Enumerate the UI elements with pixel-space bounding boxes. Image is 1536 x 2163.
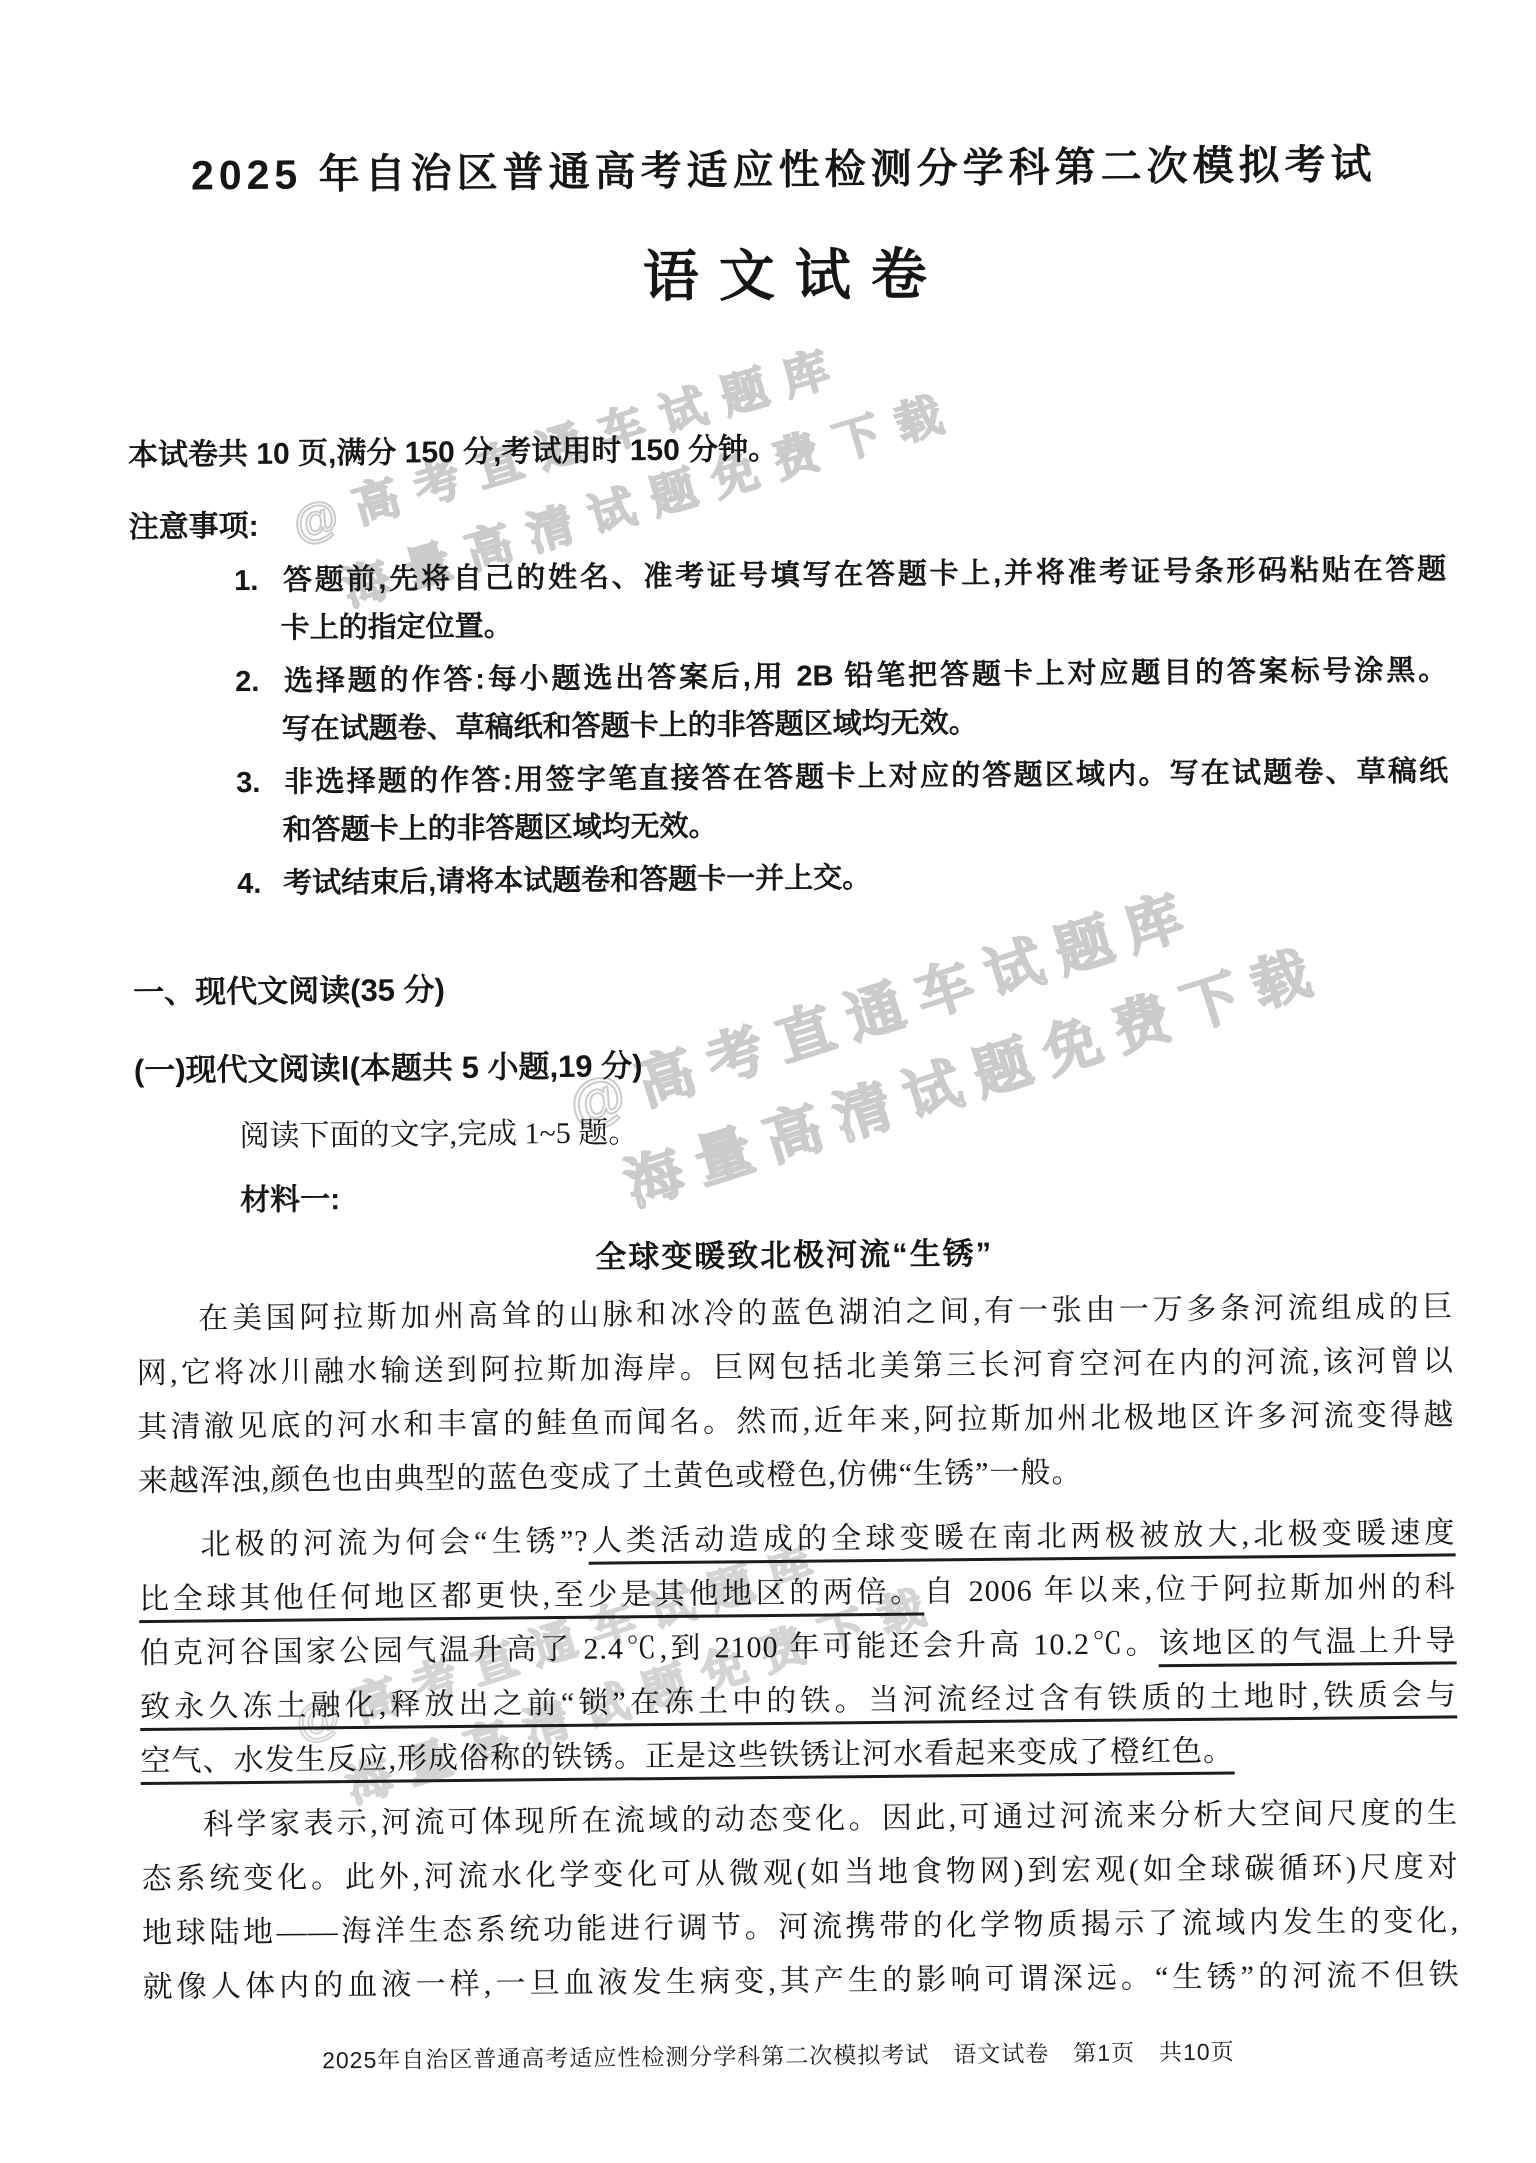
note-item: 2.选择题的作答:每小题选出答案后,用 2B 铅笔把答题卡上对应题目的答案标号涂… (130, 646, 1448, 755)
text-segment: 就像人体内的血液一样,一旦血液发生病变,其产生的影响可谓深远。“生锈”的河流不但… (143, 1958, 1460, 2004)
text-segment: 北极的河流为何会“生锈”? (200, 1525, 589, 1562)
text-segment: 态系统变化。此外,河流水化学变化可从微观(如当地食物网)到宏观(如全球碳循环)尺… (142, 1850, 1459, 1896)
text-segment: 来越浑浊,颜色也由典型的蓝色变成了土黄色或橙色,仿佛“生锈”一般。 (138, 1456, 1083, 1498)
footer-page-total: 共10页 (1159, 2039, 1235, 2066)
note-text: 卡上的指定位置。 (281, 610, 513, 644)
note-number: 3. (236, 759, 282, 807)
page-content: 2025 年自治区普通高考适应性检测分学科第二次模拟考试 语文试卷 本试卷共 1… (124, 0, 1460, 2015)
underlined-text: 比全球其他任何地区都更快,至少是其他地区的两倍。 (139, 1576, 924, 1624)
text-segment: 网,它将冰川融水输送到阿拉斯加海岸。巨网包括北美第三长河育空河在内的河流,该河曾… (137, 1344, 1454, 1390)
material-label: 材料一: (240, 1163, 1452, 1219)
text-line: 空气、水发生反应,形成俗称的铁锈。正是这些铁锈让河水看起来变成了橙红色。 (140, 1722, 1457, 1789)
section-heading: 一、现代文阅读(35 分) (133, 954, 1450, 1012)
footer-subject: 语文试卷 (953, 2040, 1049, 2067)
note-text: 和答题卡上的非答题区域均无效。 (282, 810, 717, 846)
note-line: 写在试题卷、草稿纸和答题卡上的非答题区域均无效。 (281, 694, 1447, 753)
text-segment: 地球陆地——海洋生态系统功能进行调节。河流携带的化学物质揭示了流域内发生的变化, (142, 1904, 1459, 1950)
underlined-text: 空气、水发生反应,形成俗称的铁锈。正是这些铁锈让河水看起来变成了橙红色。 (140, 1735, 1234, 1785)
notes-heading: 注意事项: (128, 489, 1445, 546)
footer-exam-name: 2025年自治区普通高考适应性检测分学科第二次模拟考试 (322, 2042, 929, 2074)
underlined-text: 人类活动造成的全球变暖在南北两极被放大,北极变暖速度 (588, 1516, 1455, 1564)
article-title: 全球变暖致北极河流“生锈” (135, 1223, 1452, 1281)
note-text: 答题前,先将自己的姓名、准考证号填写在答题卡上,并将准考证号条形码粘贴在答题 (280, 553, 1446, 596)
subject-title: 语文试卷 (126, 225, 1444, 318)
underlined-text: 该地区的气温上升导 (1159, 1624, 1457, 1667)
text-line: 来越浑浊,颜色也由典型的蓝色变成了土黄色或橙色,仿佛“生锈”一般。 (138, 1442, 1455, 1509)
note-number: 4. (237, 860, 283, 908)
note-item: 3.非选择题的作答:用签字笔直接答在答题卡上对应的答题区域内。写在试题卷、草稿纸… (131, 747, 1449, 856)
text-segment: 在美国阿拉斯加州高耸的山脉和冰冷的蓝色湖泊之间,有一张由一万多条河流组成的巨 (198, 1290, 1453, 1335)
note-line: 4.考试结束后,请将本试题卷和答题卡一并上交。 (237, 848, 1449, 908)
footer-page-number: 第1页 (1073, 2040, 1135, 2067)
note-text: 考试结束后,请将本试题卷和答题卡一并上交。 (283, 862, 871, 900)
note-number: 2. (235, 658, 281, 706)
article-body: 在美国阿拉斯加州高耸的山脉和冰冷的蓝色湖泊之间,有一张由一万多条河流组成的巨网,… (136, 1280, 1460, 2015)
note-line: 卡上的指定位置。 (280, 593, 1446, 652)
exam-title: 2025 年自治区普通高考适应性检测分学科第二次模拟考试 (125, 130, 1443, 202)
note-text: 非选择题的作答:用签字笔直接答在答题卡上对应的答题区域内。写在试题卷、草稿纸 (282, 755, 1448, 798)
paragraph: 科学家表示,河流可体现所在流域的动态变化。因此,可通过河流来分析大空间尺度的生态… (141, 1786, 1460, 2015)
paragraph: 北极的河流为何会“生锈”?人类活动造成的全球变暖在南北两极被放大,北极变暖速度比… (138, 1506, 1458, 1789)
text-segment: 科学家表示,河流可体现所在流域的动态变化。因此,可通过河流来分析大空间尺度的生 (203, 1796, 1458, 1841)
note-item: 1.答题前,先将自己的姓名、准考证号填写在答题卡上,并将准考证号条形码粘贴在答题… (129, 545, 1447, 654)
paragraph: 在美国阿拉斯加州高耸的山脉和冰冷的蓝色湖泊之间,有一张由一万多条河流组成的巨网,… (136, 1280, 1455, 1509)
note-text: 写在试题卷、草稿纸和答题卡上的非答题区域均无效。 (281, 707, 977, 746)
note-text: 选择题的作答:每小题选出答案后,用 2B 铅笔把答题卡上对应题目的答案标号涂黑。 (281, 654, 1447, 697)
exam-paper-page: @高考直通车试题库 海量高清试题免费下载 @高考直通车试题库 海量高清试题免费下… (0, 0, 1536, 2163)
section-subheading: (一)现代文阅读Ⅰ(本题共 5 小题,19 分) (134, 1032, 1451, 1090)
underlined-text: 致永久冻土融化,释放出之前“锁”在冻土中的铁。当河流经过含有铁质的土地时,铁质会… (140, 1678, 1457, 1731)
page-footer: 2025年自治区普通高考适应性检测分学科第二次模拟考试语文试卷第1页共10页 (10, 2031, 1536, 2079)
paper-meta: 本试卷共 10 页,满分 150 分,考试用时 150 分钟。 (128, 417, 1445, 474)
scanned-sheet: @高考直通车试题库 海量高清试题免费下载 @高考直通车试题库 海量高清试题免费下… (0, 0, 1536, 2163)
text-segment: 自 2006 年以来,位于阿拉斯加州的科 (924, 1570, 1456, 1608)
note-line: 和答题卡上的非答题区域均无效。 (282, 795, 1448, 854)
note-item: 4.考试结束后,请将本试题卷和答题卡一并上交。 (132, 848, 1449, 909)
note-number: 1. (234, 557, 280, 605)
text-segment: 其清澈见底的河水和丰富的鲑鱼而闻名。然而,近年来,阿拉斯加州北极地区许多河流变得… (137, 1398, 1454, 1444)
notes-list: 1.答题前,先将自己的姓名、准考证号填写在答题卡上,并将准考证号条形码粘贴在答题… (129, 545, 1449, 909)
text-line: 就像人体内的血液一样,一旦血液发生病变,其产生的影响可谓深远。“生锈”的河流不但… (142, 1948, 1459, 2015)
text-segment: 伯克河谷国家公园气温升高了 2.4℃,到 2100 年可能还会升高 10.2℃。 (139, 1627, 1159, 1670)
reading-instruction: 阅读下面的文字,完成 1~5 题。 (239, 1099, 1451, 1155)
